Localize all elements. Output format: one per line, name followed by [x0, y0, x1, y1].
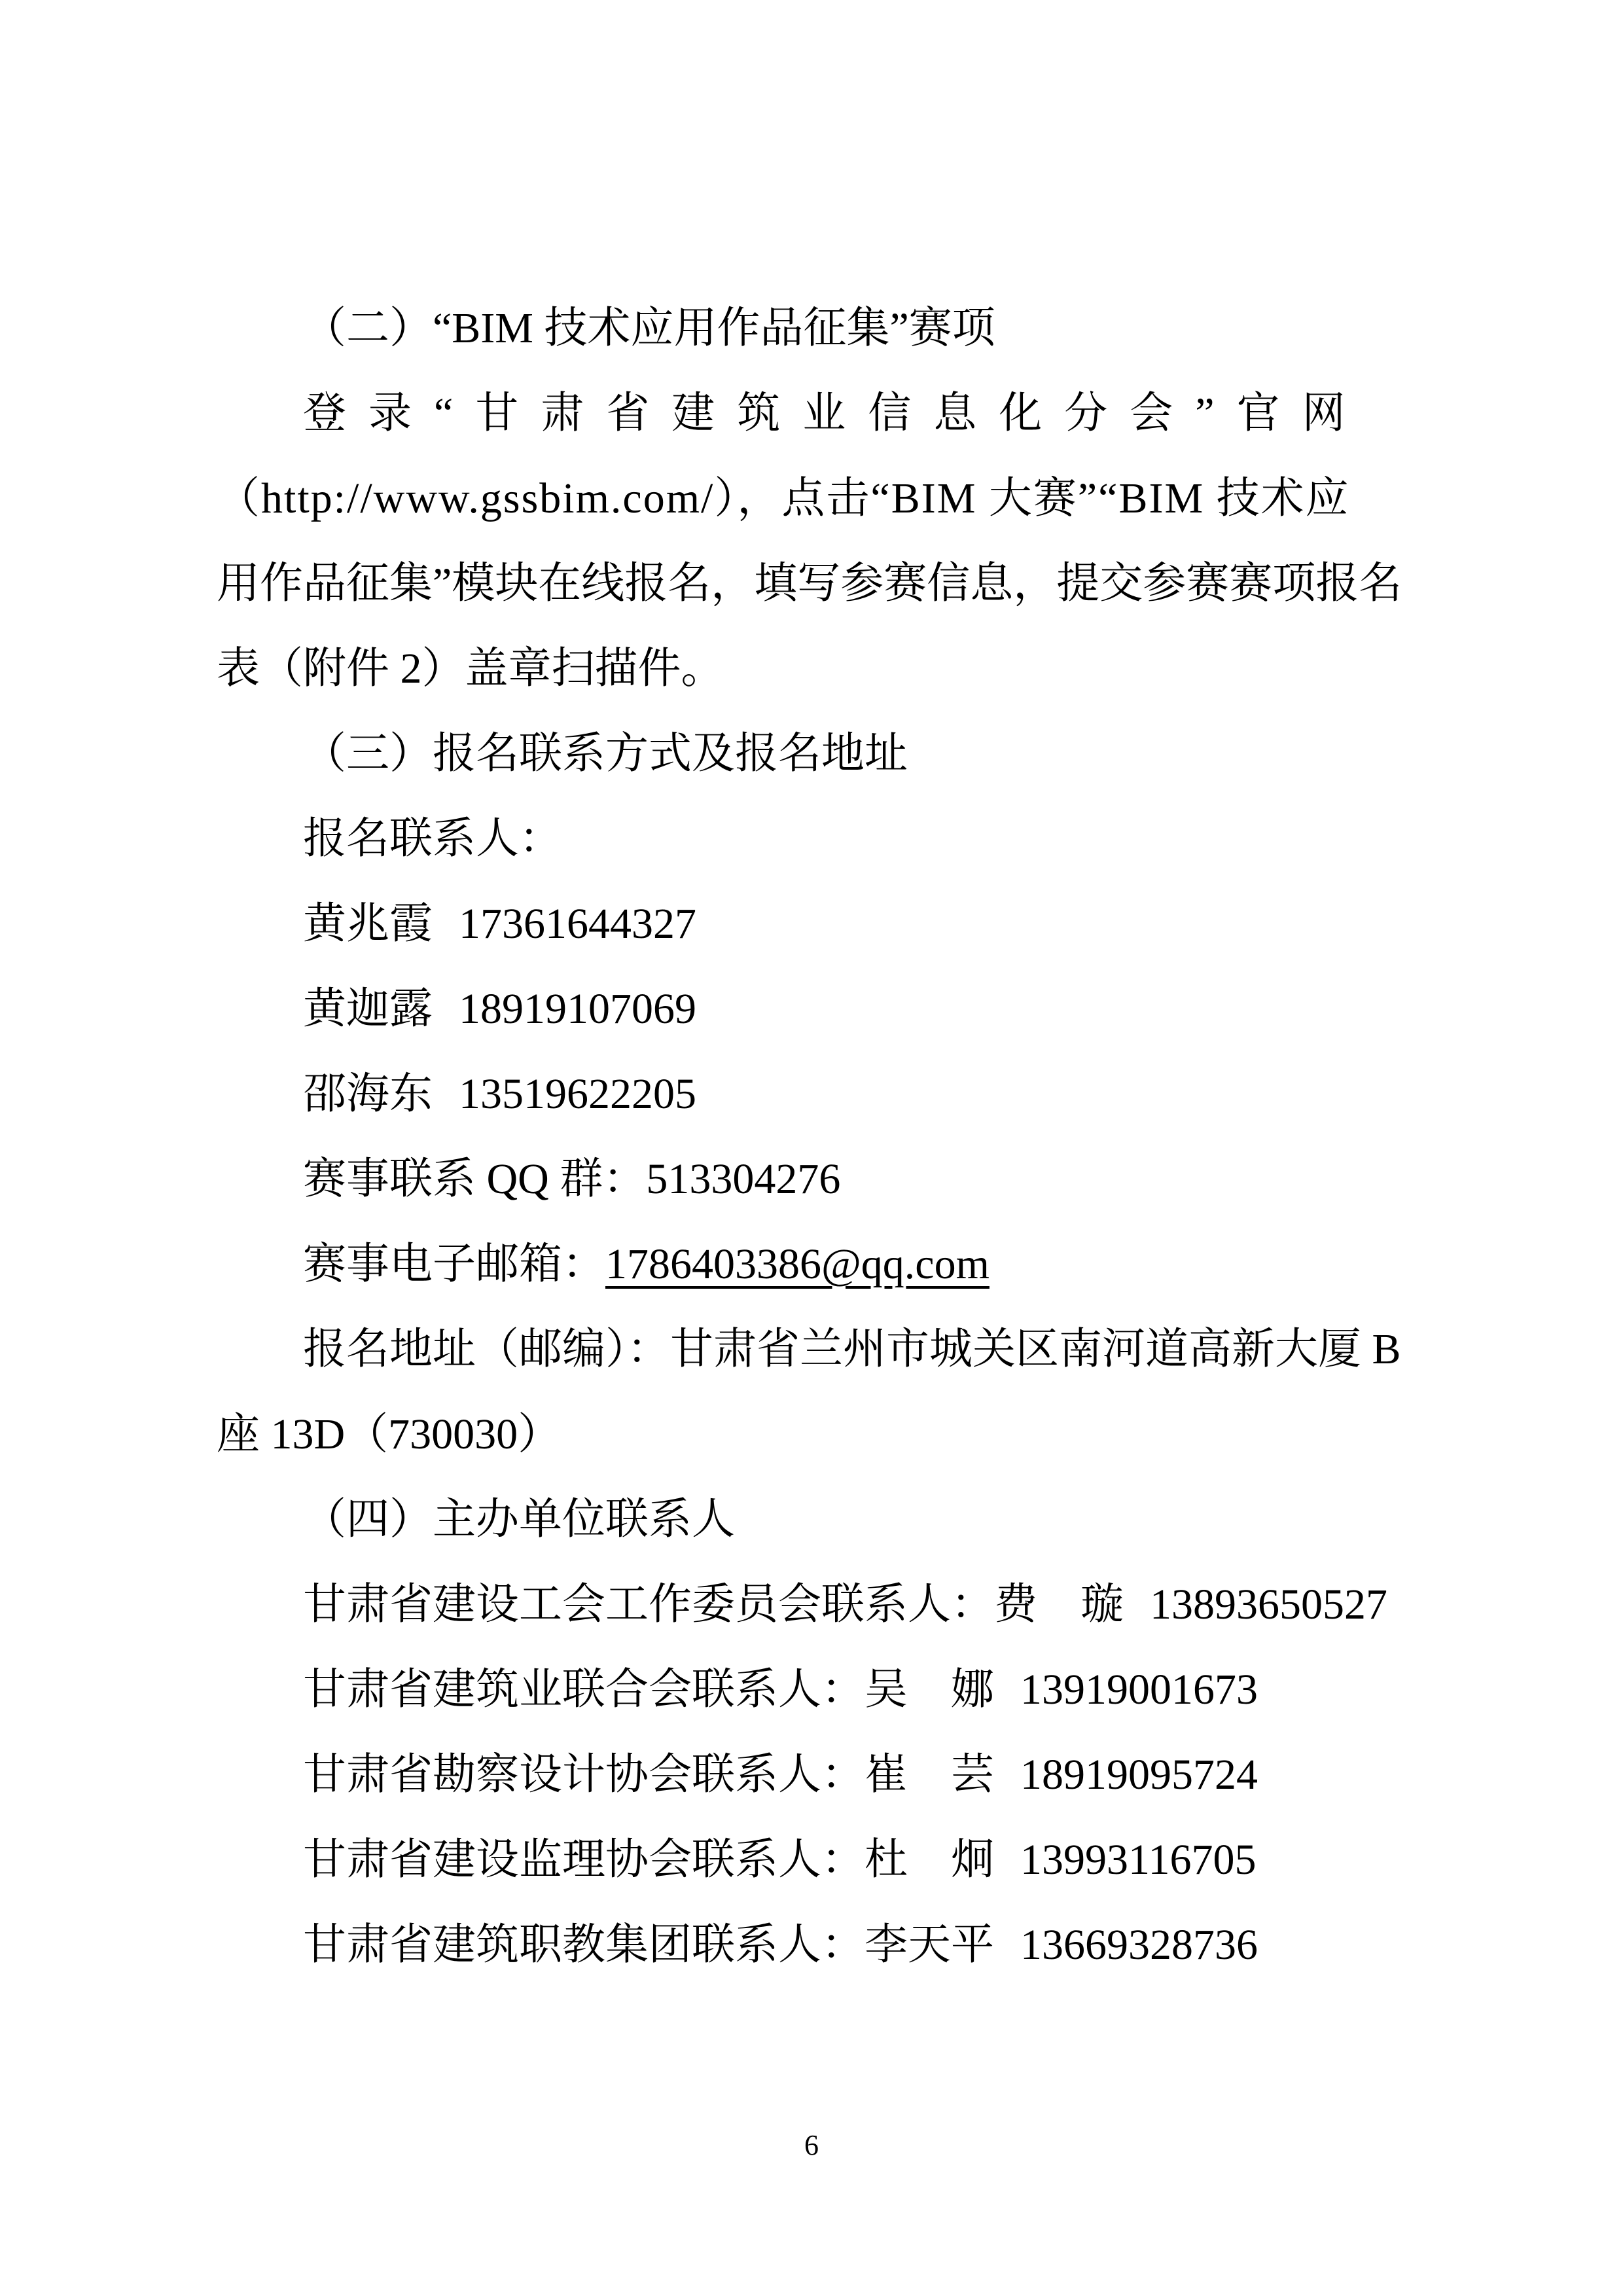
organizer-contact-row: 甘肃省建筑业联合会联系人：吴 娜13919001673: [217, 1647, 1422, 1732]
address-line-1: 报名地址（邮编）：甘肃省兰州市城关区南河道高新大厦 B: [217, 1307, 1422, 1392]
register-paragraph-line-1: 登录“甘肃省建筑业信息化分会”官网: [217, 371, 1422, 456]
contact-name: 邵海东: [303, 1070, 433, 1118]
qq-group-line: 赛事联系 QQ 群：513304276: [217, 1137, 1422, 1222]
address-line-2: 座 13D（730030）: [217, 1392, 1422, 1477]
organizer-name: 杜 炯: [865, 1836, 994, 1884]
organizer-phone: 13669328736: [1020, 1921, 1258, 1969]
register-paragraph-line-3: 用作品征集”模块在线报名，填写参赛信息，提交参赛赛项报名: [217, 541, 1422, 626]
contact-phone: 18919107069: [459, 985, 696, 1033]
email-line: 赛事电子邮箱：1786403386@qq.com: [217, 1222, 1422, 1307]
contact-phone: 13519622205: [459, 1070, 696, 1118]
contact-name: 黄迦露: [303, 985, 433, 1033]
organizer-label: 甘肃省建筑业联合会联系人：: [303, 1666, 865, 1713]
section-2-heading: （二）“BIM 技术应用作品征集”赛项: [217, 286, 1422, 371]
section-4-heading: （四）主办单位联系人: [217, 1477, 1422, 1562]
registration-contact-row: 黄兆霞17361644327: [217, 882, 1422, 967]
register-paragraph-line-4: 表（附件 2）盖章扫描件。: [217, 626, 1422, 711]
organizer-name: 费 璇: [994, 1581, 1124, 1628]
registration-contact-row: 黄迦露18919107069: [217, 967, 1422, 1052]
organizer-label: 甘肃省建设工会工作委员会联系人：: [303, 1581, 994, 1628]
contact-intro: 报名联系人：: [217, 797, 1422, 882]
contact-name: 黄兆霞: [303, 900, 433, 948]
section-3-heading: （三）报名联系方式及报名地址: [217, 711, 1422, 797]
contact-phone: 17361644327: [459, 900, 696, 948]
organizer-name: 吴 娜: [865, 1666, 994, 1713]
document-page: （二）“BIM 技术应用作品征集”赛项 登录“甘肃省建筑业信息化分会”官网 （h…: [0, 0, 1623, 2296]
body-text: （二）“BIM 技术应用作品征集”赛项 登录“甘肃省建筑业信息化分会”官网 （h…: [217, 286, 1422, 1988]
organizer-contact-row: 甘肃省勘察设计协会联系人：崔 芸18919095724: [217, 1732, 1422, 1818]
organizer-contact-row: 甘肃省建筑职教集团联系人：李天平13669328736: [217, 1903, 1422, 1988]
organizer-contact-row: 甘肃省建设工会工作委员会联系人：费 璇13893650527: [217, 1562, 1422, 1647]
page-number: 6: [0, 2127, 1623, 2164]
organizer-phone: 13993116705: [1020, 1836, 1257, 1884]
organizer-label: 甘肃省勘察设计协会联系人：: [303, 1751, 865, 1799]
register-paragraph-line-2: （http://www.gssbim.com/），点击“BIM 大赛”“BIM …: [217, 456, 1422, 541]
organizer-label: 甘肃省建设监理协会联系人：: [303, 1836, 865, 1884]
organizer-name: 崔 芸: [865, 1751, 994, 1799]
organizer-phone: 13919001673: [1020, 1666, 1258, 1713]
registration-contact-row: 邵海东13519622205: [217, 1052, 1422, 1137]
organizer-contact-row: 甘肃省建设监理协会联系人：杜 炯13993116705: [217, 1818, 1422, 1903]
organizer-label: 甘肃省建筑职教集团联系人：: [303, 1921, 865, 1969]
email-label: 赛事电子邮箱：: [303, 1240, 605, 1288]
organizer-phone: 18919095724: [1020, 1751, 1258, 1799]
organizer-name: 李天平: [865, 1921, 994, 1969]
organizer-phone: 13893650527: [1150, 1581, 1387, 1628]
email-address: 1786403386@qq.com: [605, 1240, 990, 1288]
